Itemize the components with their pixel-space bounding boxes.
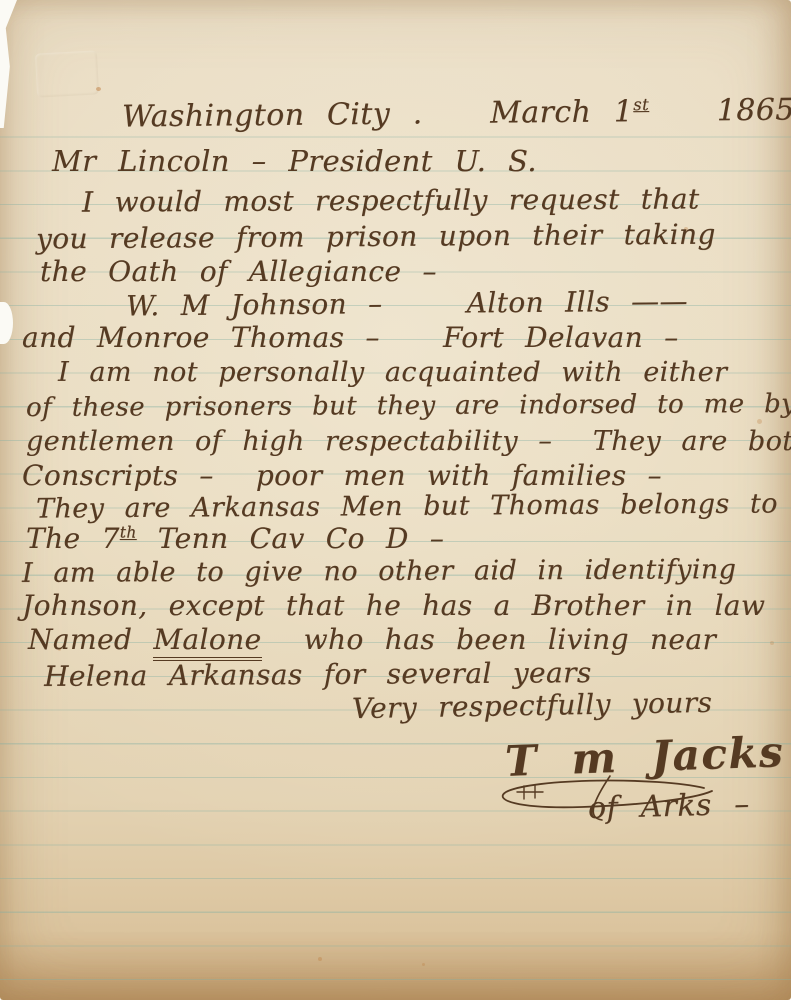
- salutation: Mr Lincoln – President U. S.: [52, 147, 537, 176]
- foxing-spot: [318, 957, 322, 961]
- dateline-place-date: Washington City . March 1: [122, 94, 634, 134]
- malone-underlined: Malone: [153, 623, 261, 661]
- letter-scan: Washington City . March 1st 1865 Mr Linc…: [0, 0, 791, 1000]
- foxing-spot: [422, 963, 425, 966]
- body-line: Conscripts – poor men with families –: [22, 462, 662, 490]
- unit-line: The 7th Tenn Cav Co D –: [26, 525, 444, 553]
- closing-line: Very respectfully yours: [352, 689, 713, 723]
- emboss-stamp: [35, 50, 99, 97]
- named-prefix: Named: [28, 623, 153, 656]
- body-line: the Oath of Allegiance –: [40, 258, 437, 286]
- date-year: 1865: [649, 92, 791, 129]
- dateline: Washington City . March 1st 1865: [122, 95, 791, 132]
- named-suffix: who has been living near: [262, 623, 717, 656]
- body-line: you release from prison upon their takin…: [36, 221, 716, 254]
- body-line: of these prisoners but they are indorsed…: [26, 391, 791, 421]
- body-line: Johnson, except that he has a Brother in…: [22, 592, 765, 620]
- foxing-spot: [757, 419, 762, 424]
- foxing-spot: [96, 87, 101, 91]
- named-malone-line: Named Malone who has been living near: [28, 626, 716, 654]
- foxing-spot: [770, 641, 774, 645]
- signature-place: of Arks –: [588, 790, 750, 824]
- body-line: Helena Arkansas for several years: [44, 659, 592, 691]
- body-line: gentlemen of high respectability – They …: [26, 428, 791, 455]
- body-line: I am able to give no other aid in identi…: [22, 556, 736, 587]
- unit-ordinal: th: [120, 524, 137, 542]
- unit-prefix: The 7: [26, 522, 120, 555]
- prisoner-line: W. M Johnson – Alton Ills ——: [126, 288, 688, 321]
- date-ordinal: st: [633, 95, 649, 114]
- body-line: They are Arkansas Men but Thomas belongs…: [36, 490, 778, 522]
- body-line: I am not personally acquainted with eith…: [58, 359, 727, 386]
- prisoner-line: and Monroe Thomas – Fort Delavan –: [22, 324, 679, 352]
- unit-suffix: Tenn Cav Co D –: [137, 522, 445, 555]
- body-line: I would most respectfully request that: [82, 185, 700, 216]
